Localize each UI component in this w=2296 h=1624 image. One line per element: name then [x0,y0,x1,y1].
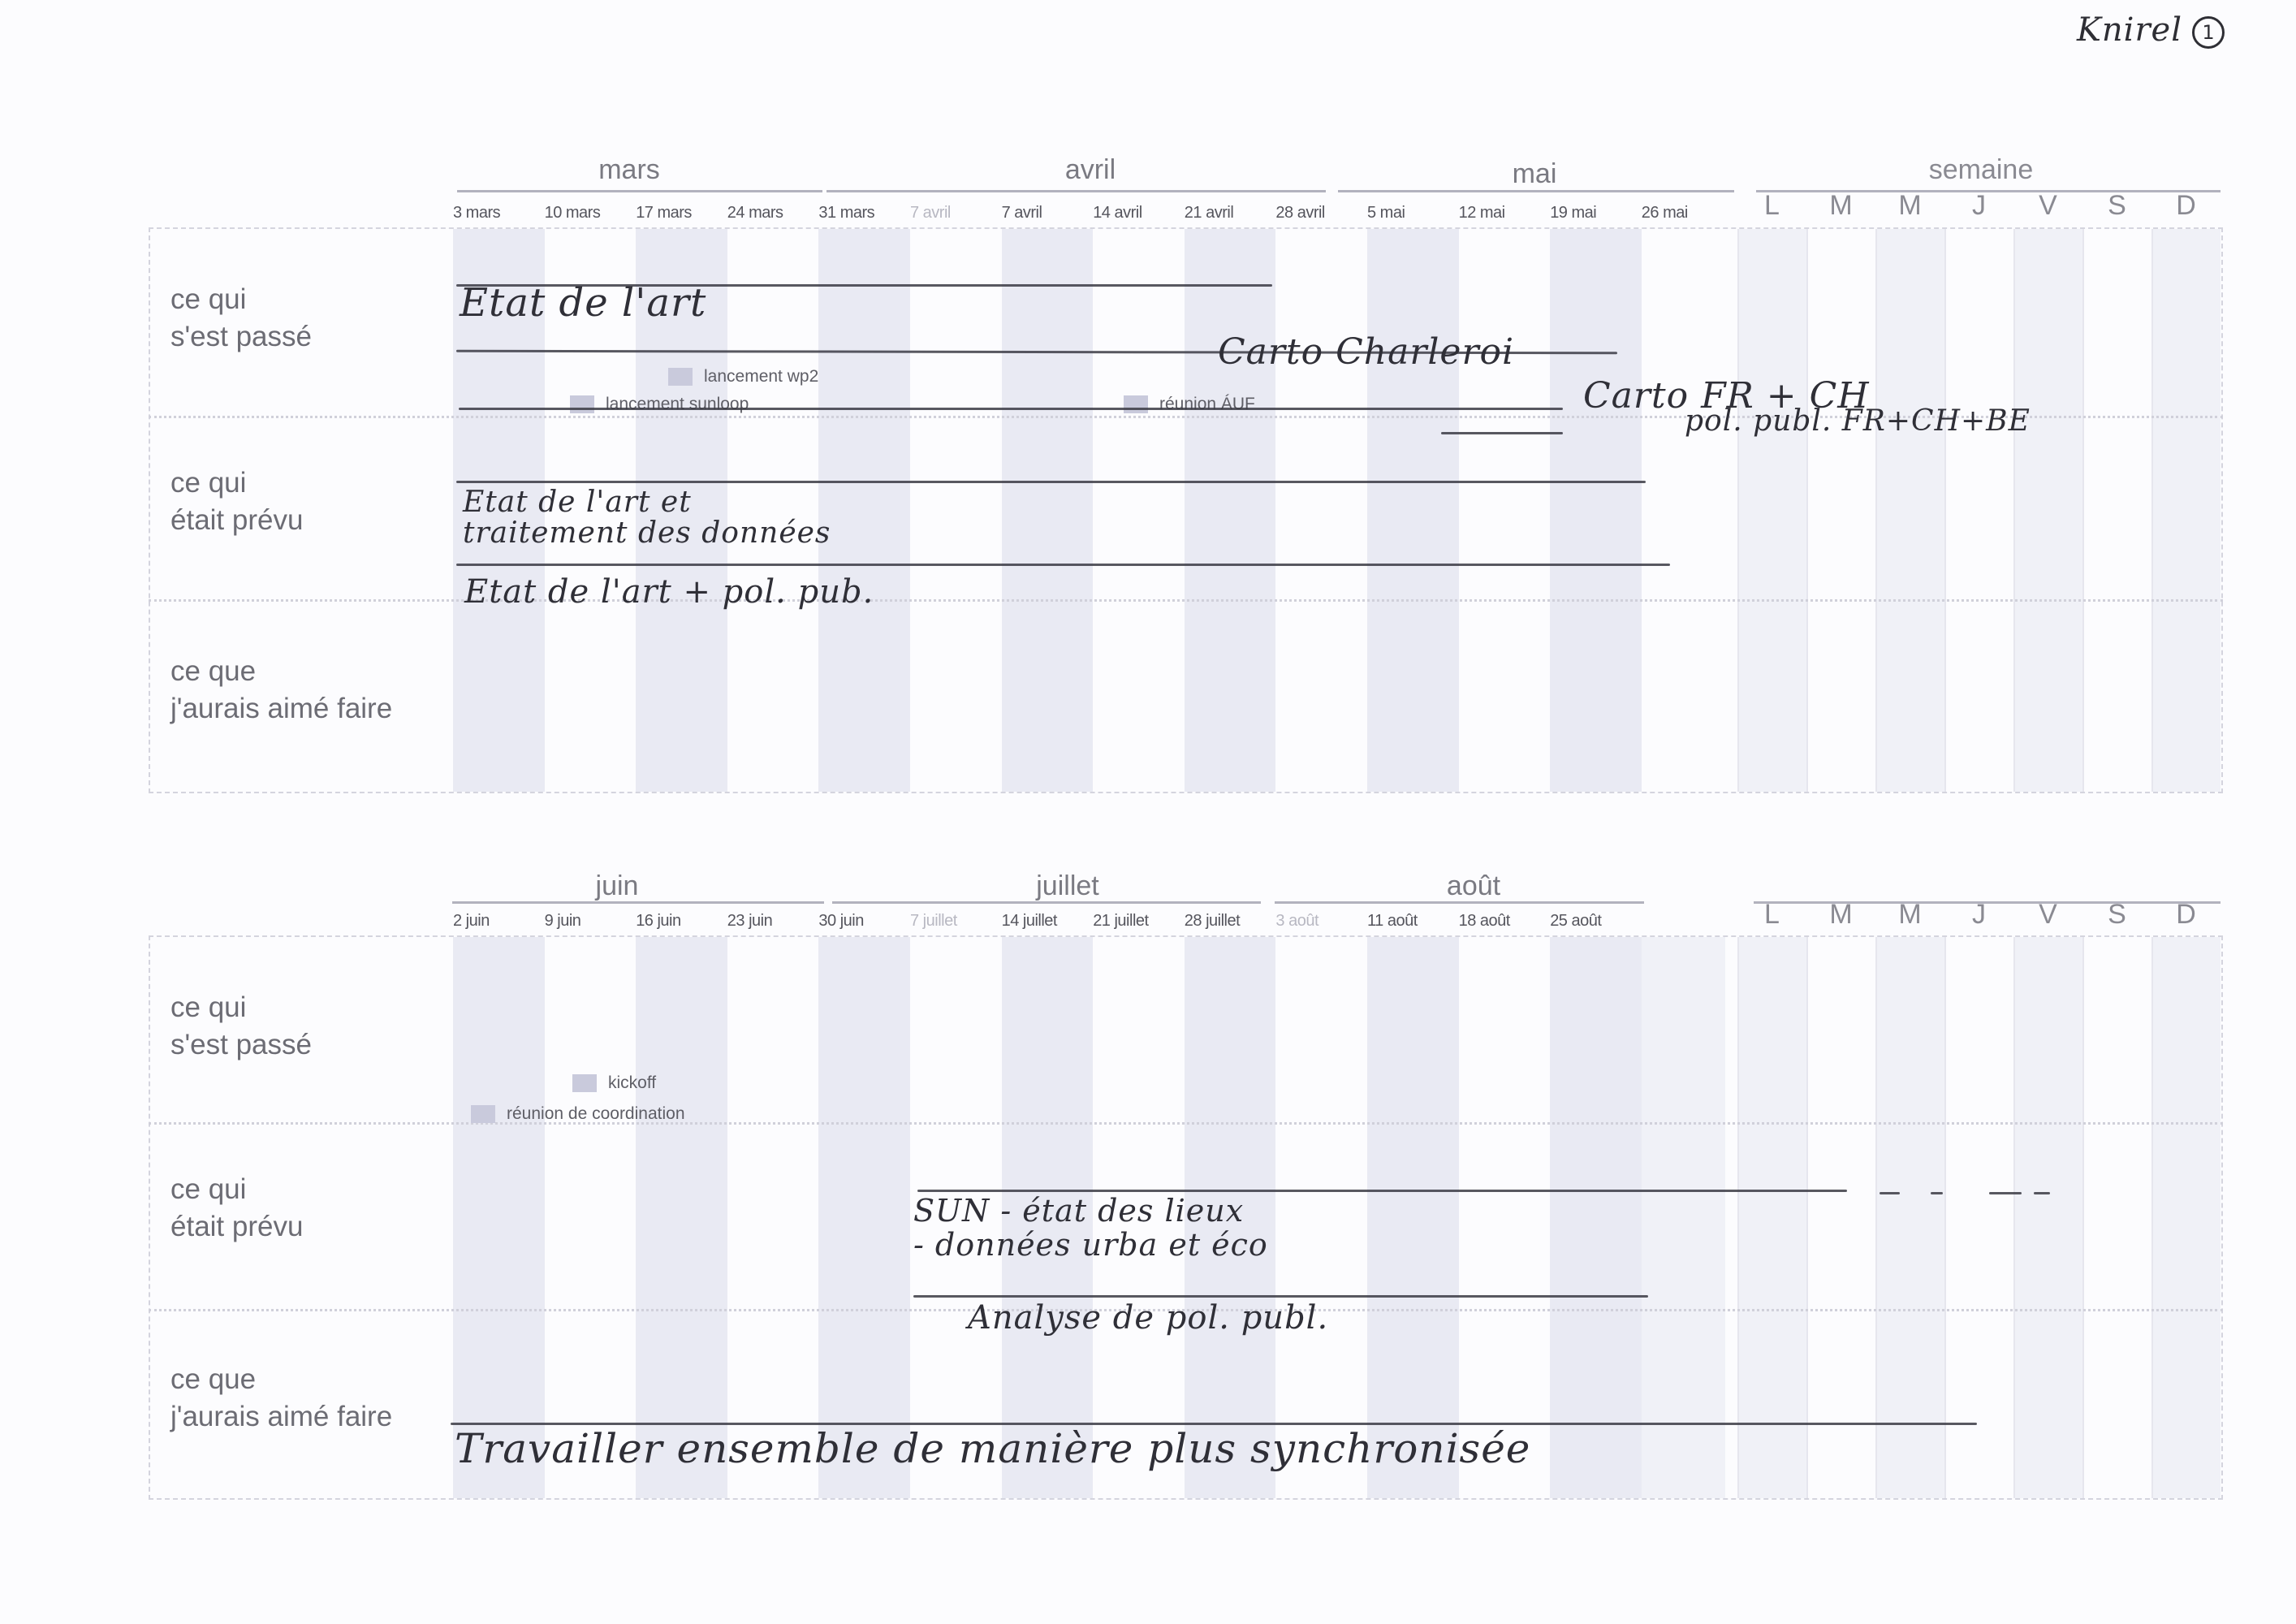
pencil-timeline [1441,432,1563,434]
week-label: 31 mars [818,204,874,222]
week-label: 19 mai [1550,204,1596,222]
week-label: 30 juin [818,912,863,931]
week-label: 24 mars [727,204,783,222]
week-label: 25 août [1550,912,1601,931]
event-label: lancement wp2 [704,367,818,387]
month-rule [1275,901,1644,904]
weekday-column-line [2013,937,2015,1498]
weekday-column-line [1737,937,1739,1498]
event-marker [572,1074,597,1092]
weekday-column-line [1944,229,1946,792]
weekday-column-line [2013,229,2015,792]
week-label: 9 juin [545,912,581,931]
weekday-column-stripe [1875,229,1944,792]
week-label: 7 avril [1002,204,1042,222]
weekday-column-line [2151,937,2153,1498]
weekday-label: L [1737,899,1806,931]
month-rule [452,901,824,904]
week-label: 16 juin [636,912,680,931]
week-label: 2 juin [453,912,490,931]
weekday-column-line [2082,229,2084,792]
month-label-juillet: juillet [1036,870,1098,902]
weekday-column-line [1944,937,1946,1498]
week-label: 23 juin [727,912,772,931]
handwritten-note: Etat de l'art et traitement des données [463,487,831,549]
event-marker [471,1105,495,1123]
handwritten-note: Travailler ensemble de manière plus sync… [455,1425,1530,1472]
week-label: 17 mars [636,204,692,222]
week-label: 21 avril [1185,204,1233,222]
pencil-dashed [1989,1192,2022,1194]
week-column-stripe [1550,937,1642,1498]
week-label: 3 août [1275,912,1318,931]
week-column-stripe [1642,937,1725,1498]
week-label: 28 avril [1275,204,1324,222]
month-label-mars: mars [598,154,660,186]
week-column-stripe [818,937,910,1498]
week-label: 11 août [1367,912,1418,931]
pencil-dashed [2034,1192,2050,1194]
event-marker [668,368,693,386]
week-column-stripe [453,937,545,1498]
month-rule [826,190,1326,192]
month-rule [457,190,822,192]
weekday-column-stripe [2151,937,2220,1498]
weekday-label: V [2013,899,2082,931]
event-lancement-wp2: lancement wp2 [668,367,818,387]
event-label: réunion de coordination [507,1104,685,1124]
handwritten-note: pol. publ. FR+CH+BE [1685,404,2031,438]
week-column-stripe [1185,229,1276,792]
week-column-stripe [1002,229,1094,792]
week-column-stripe [818,229,910,792]
week-column-stripe [1367,229,1459,792]
weekday-label: M [1875,190,1944,222]
week-label: 28 juillet [1185,912,1240,931]
weekday-column-line [2082,937,2084,1498]
weekday-label: D [2151,899,2220,931]
weekday-column-line [1875,229,1877,792]
row-label-passe: ce qui s'est passé [170,281,312,356]
pencil-timeline [459,408,1563,410]
weekday-label: V [2013,190,2082,222]
pencil-dashed [1931,1192,1943,1194]
week-column-stripe [1367,937,1459,1498]
row-label-prevu: ce qui était prévu [170,1171,303,1246]
month-label-avril: avril [1065,154,1116,186]
weekday-column-line [1806,229,1808,792]
row-label-aime: ce que j'aurais aimé faire [170,653,392,728]
weekday-column-stripe [1737,937,1806,1498]
week-label: 10 mars [545,204,601,222]
weekday-label: L [1737,190,1806,222]
row-label-aime: ce que j'aurais aimé faire [170,1361,392,1436]
weekday-column-stripe [1875,937,1944,1498]
weekday-column-stripe [2013,229,2082,792]
week-label: 18 août [1459,912,1510,931]
page-number-badge: 1 [2192,16,2225,49]
weekday-column-line [2151,229,2153,792]
event-label: lancement sunloop [606,395,749,414]
month-label-mai: mai [1513,158,1557,190]
event-marker [570,395,594,413]
handwritten-note: Carto Charleroi [1218,331,1514,373]
week-label: 12 mai [1459,204,1505,222]
row-label-prevu: ce qui était prévu [170,464,303,539]
handwritten-note: SUN - état des lieux - données urba et é… [913,1194,1268,1262]
week-label: 26 mai [1642,204,1688,222]
weekday-label: S [2082,190,2151,222]
week-label: 7 juillet [910,912,957,931]
weekday-label: J [1944,899,2013,931]
pencil-timeline [913,1295,1648,1298]
week-label: 14 avril [1093,204,1142,222]
month-rule [832,901,1261,904]
weekday-label: D [2151,190,2220,222]
event-reunion-coordination: réunion de coordination [471,1104,685,1124]
month-rule [1338,190,1734,192]
pencil-dashed [1880,1192,1900,1194]
event-reunion-auf: réunion ÁUF [1124,395,1255,414]
pencil-timeline [456,481,1646,483]
author-name-handwritten: Knirel [2077,11,2182,49]
week-column-stripe [1550,229,1642,792]
weekday-label: S [2082,899,2151,931]
month-label-aout: août [1447,870,1500,902]
weekday-column-stripe [1737,229,1806,792]
weekdays-header: semaine [1929,154,2034,186]
week-label: 14 juillet [1002,912,1057,931]
week-label: 7 avril [910,204,951,222]
weekday-column-line [1737,229,1739,792]
event-kickoff: kickoff [572,1073,656,1093]
weekday-label: J [1944,190,2013,222]
handwritten-note: Etat de l'art [460,280,706,326]
weekday-column-stripe [2013,937,2082,1498]
event-label: réunion ÁUF [1159,395,1255,414]
week-column-stripe [636,937,727,1498]
handwritten-note: Analyse de pol. publ. [968,1299,1328,1337]
pencil-timeline [917,1190,1847,1192]
weekday-column-line [1875,937,1877,1498]
weekday-label: M [1806,190,1875,222]
weekday-column-stripe [2151,229,2220,792]
row-divider [149,1122,2223,1125]
week-label: 21 juillet [1093,912,1148,931]
week-label: 3 mars [453,204,500,222]
event-label: kickoff [608,1073,656,1093]
pencil-timeline [456,564,1670,566]
row-label-passe: ce qui s'est passé [170,989,312,1064]
month-label-juin: juin [596,870,639,902]
weekday-label: M [1875,899,1944,931]
event-lancement-sunloop: lancement sunloop [570,395,749,414]
week-label: 5 mai [1367,204,1405,222]
row-divider [149,599,2223,602]
weekday-column-line [1806,937,1808,1498]
event-marker [1124,395,1148,413]
handwritten-note: Etat de l'art + pol. pub. [464,573,874,611]
weekday-label: M [1806,899,1875,931]
